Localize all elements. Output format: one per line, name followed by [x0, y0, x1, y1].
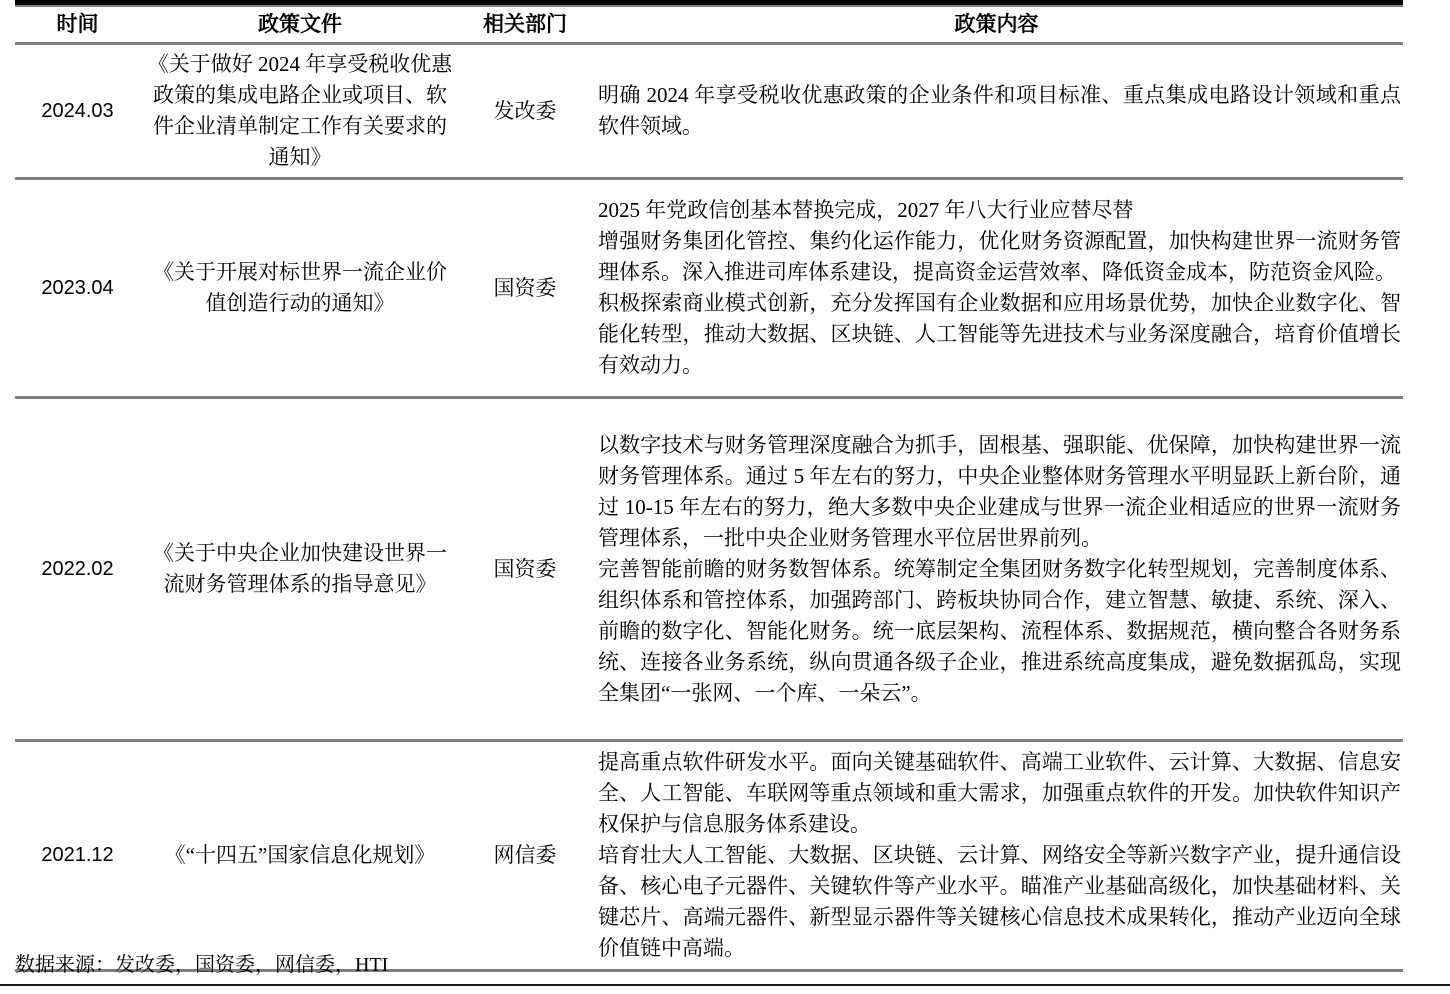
table-row: 2022.02 《关于中央企业加快建设世界一流财务管理体系的指导意见》 国资委 … [15, 399, 1403, 742]
time-cell: 2021.12 [15, 840, 140, 871]
table-header-row: 时间 政策文件 相关部门 政策内容 [15, 7, 1403, 45]
report-page: 时间 政策文件 相关部门 政策内容 2024.03 《关于做好 2024 年享受… [0, 0, 1450, 994]
policy-content-cell: 2025 年党政信创基本替换完成，2027 年八大行业应替尽替增强财务集团化管控… [590, 190, 1403, 386]
document-cell: 《关于做好 2024 年享受税收优惠政策的集成电路企业或项目、软件企业清单制定工… [140, 45, 460, 177]
time-cell: 2023.04 [15, 273, 140, 304]
department-cell: 国资委 [460, 273, 590, 304]
department-cell: 国资委 [460, 554, 590, 585]
policy-content-cell: 明确 2024 年享受税收优惠政策的企业条件和项目标准、重点集成电路设计领域和重… [590, 75, 1403, 147]
content-paragraph: 明确 2024 年享受税收优惠政策的企业条件和项目标准、重点集成电路设计领域和重… [598, 80, 1401, 142]
header-department: 相关部门 [460, 9, 590, 40]
time-cell: 2022.02 [15, 554, 140, 585]
department-cell: 发改委 [460, 96, 590, 127]
header-time: 时间 [15, 9, 140, 40]
header-content: 政策内容 [590, 9, 1403, 40]
table-row: 2023.04 《关于开展对标世界一流企业价值创造行动的通知》 国资委 2025… [15, 180, 1403, 399]
content-paragraph: 增强财务集团化管控、集约化运作能力，优化财务资源配置，加快构建世界一流财务管理体… [598, 226, 1401, 288]
policy-content-cell: 以数字技术与财务管理深度融合为抓手，固根基、强职能、优保障，加快构建世界一流财务… [590, 425, 1403, 714]
document-cell: 《“十四五”国家信息化规划》 [140, 836, 460, 875]
data-source-note: 数据来源：发改委，国资委，网信委，HTI [15, 950, 388, 980]
policy-content-cell: 提高重点软件研发水平。面向关键基础软件、高端工业软件、云计算、大数据、信息安全、… [590, 742, 1403, 969]
content-paragraph: 2025 年党政信创基本替换完成，2027 年八大行业应替尽替 [598, 195, 1401, 226]
header-document: 政策文件 [140, 9, 460, 40]
document-cell: 《关于开展对标世界一流企业价值创造行动的通知》 [140, 253, 460, 323]
content-paragraph: 完善智能前瞻的财务数智体系。统筹制定全集团财务数字化转型规划，完善制度体系、组织… [598, 554, 1401, 709]
time-cell: 2024.03 [15, 96, 140, 127]
content-paragraph: 提高重点软件研发水平。面向关键基础软件、高端工业软件、云计算、大数据、信息安全、… [598, 747, 1401, 840]
page-bottom-rule [0, 984, 1450, 986]
department-cell: 网信委 [460, 840, 590, 871]
policy-table: 时间 政策文件 相关部门 政策内容 2024.03 《关于做好 2024 年享受… [15, 0, 1403, 972]
table-row: 2024.03 《关于做好 2024 年享受税收优惠政策的集成电路企业或项目、软… [15, 45, 1403, 180]
content-paragraph: 以数字技术与财务管理深度融合为抓手，固根基、强职能、优保障，加快构建世界一流财务… [598, 430, 1401, 554]
content-paragraph: 培育壮大人工智能、大数据、区块链、云计算、网络安全等新兴数字产业，提升通信设备、… [598, 840, 1401, 964]
document-cell: 《关于中央企业加快建设世界一流财务管理体系的指导意见》 [140, 534, 460, 604]
content-paragraph: 积极探索商业模式创新，充分发挥国有企业数据和应用场景优势，加快企业数字化、智能化… [598, 288, 1401, 381]
table-row: 2021.12 《“十四五”国家信息化规划》 网信委 提高重点软件研发水平。面向… [15, 742, 1403, 972]
